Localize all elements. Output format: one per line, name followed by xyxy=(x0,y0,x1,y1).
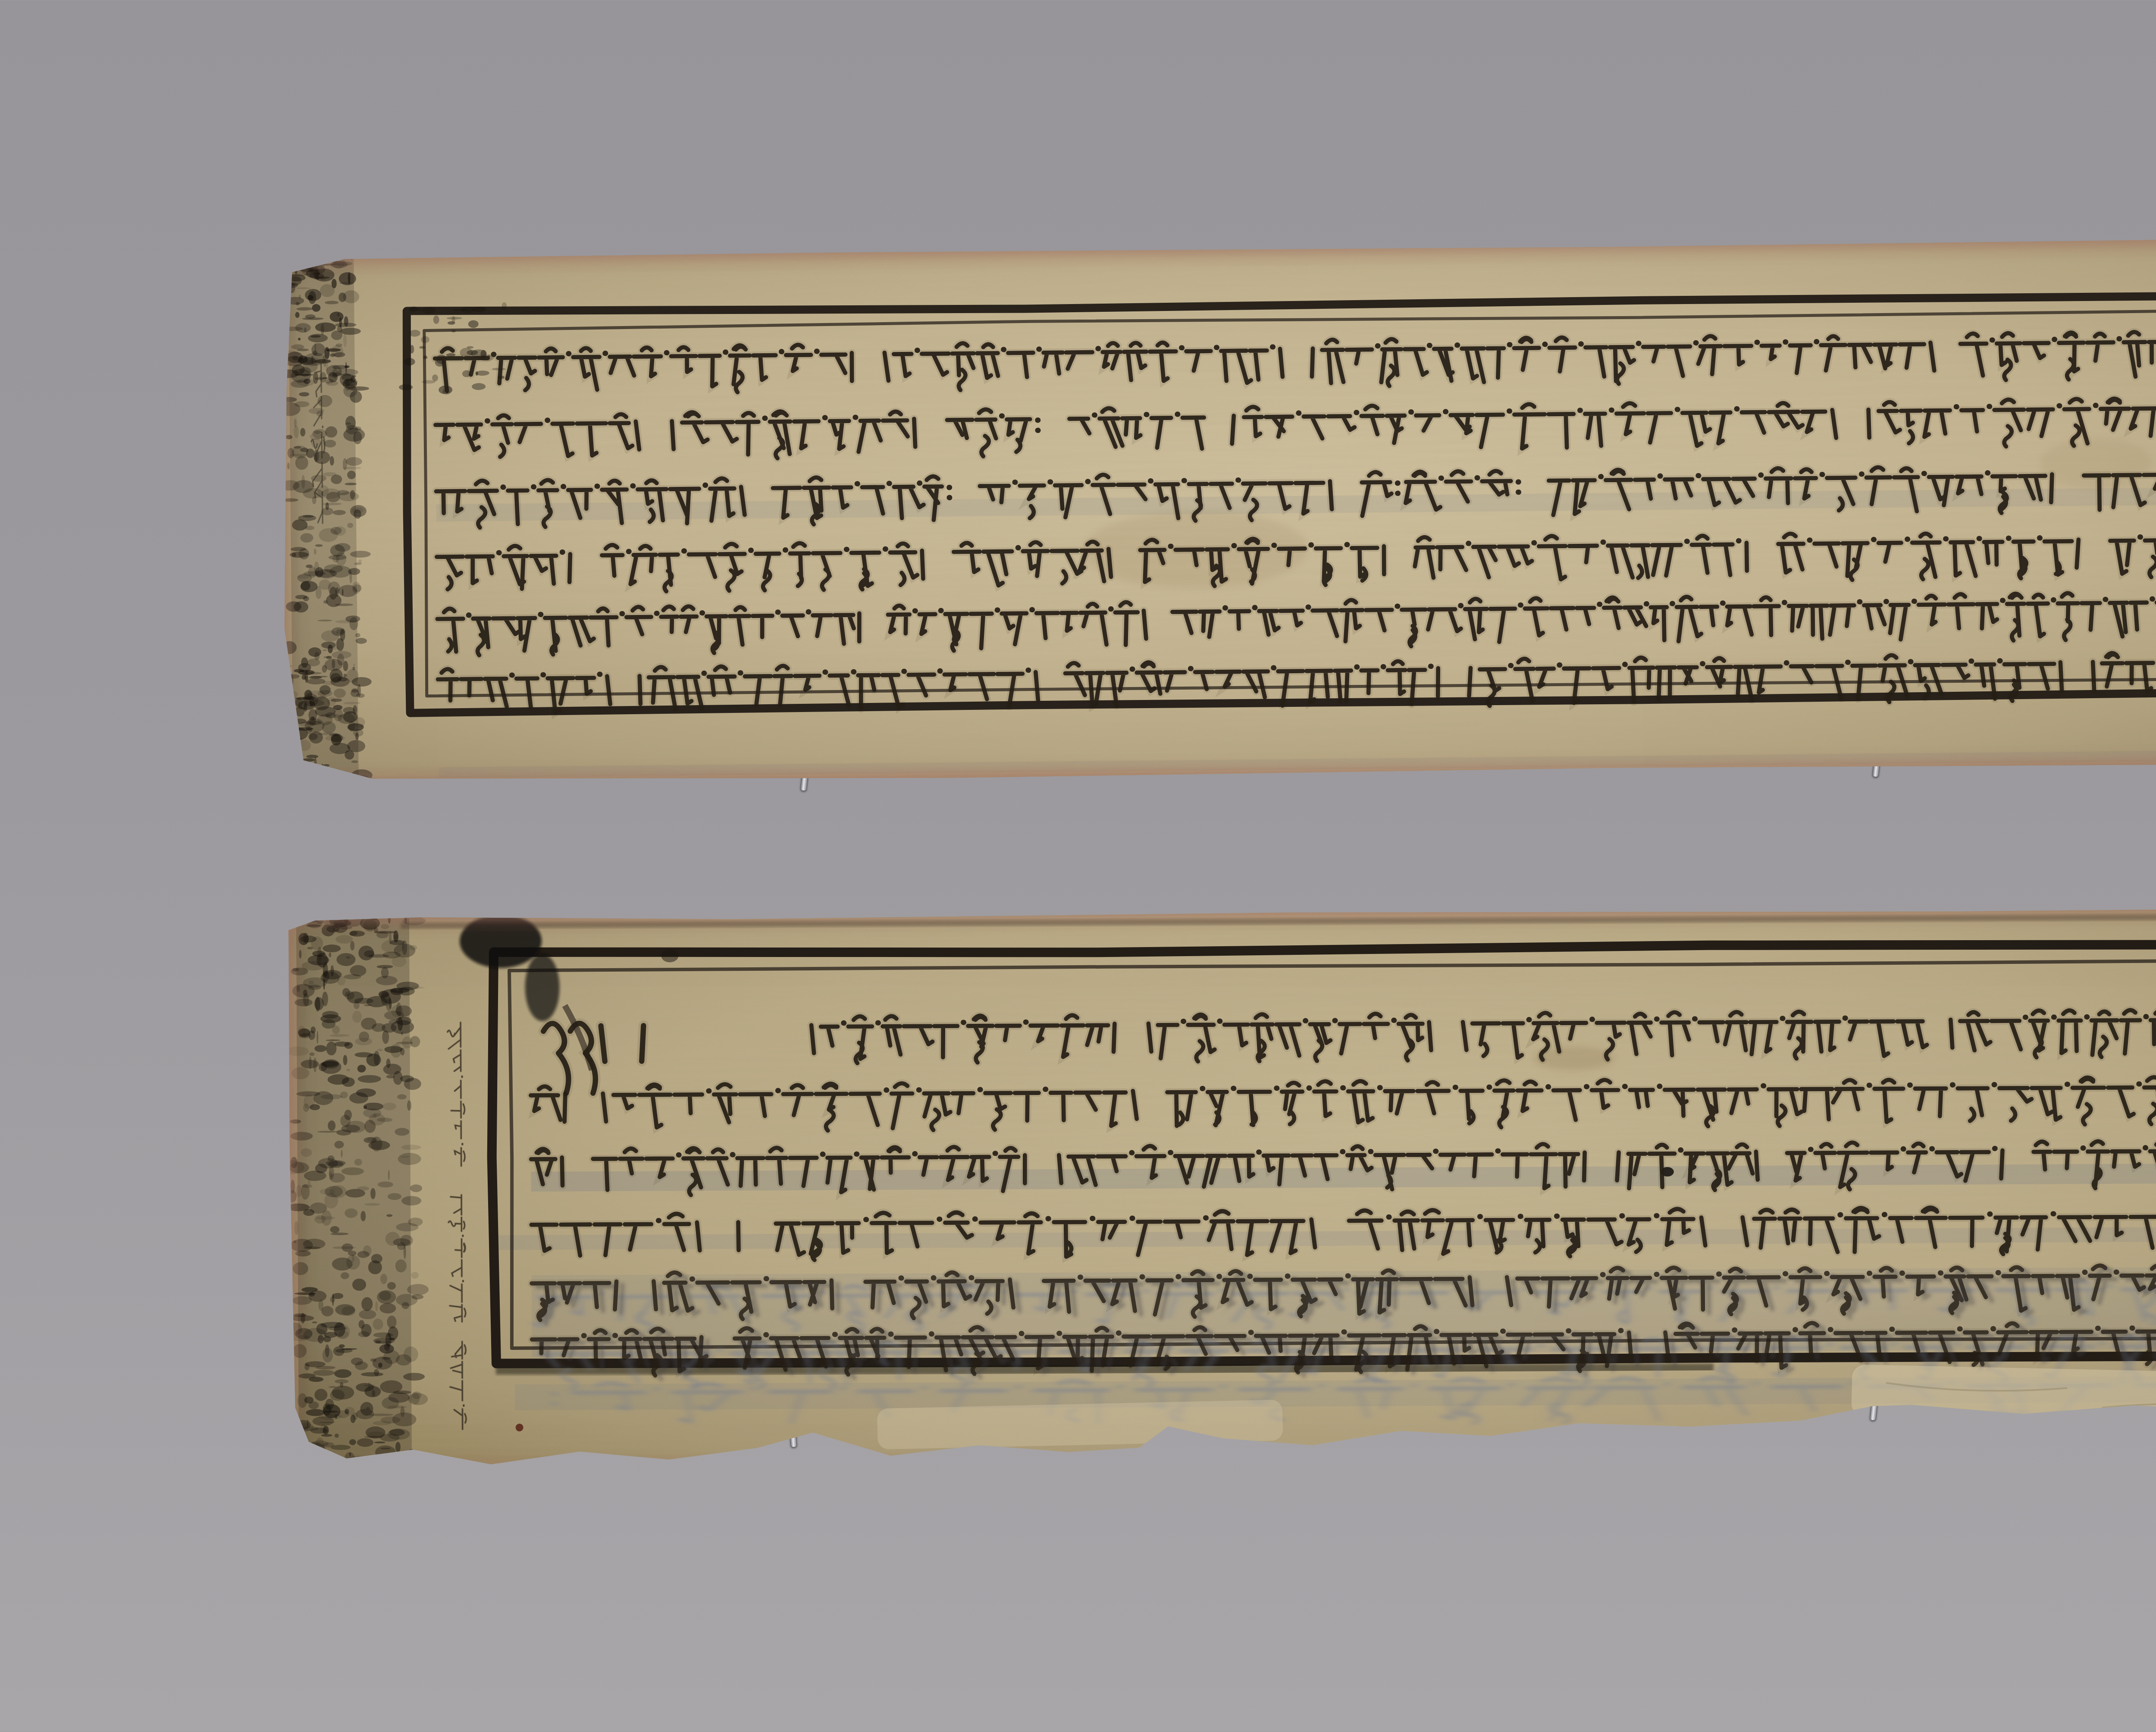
upper-folio-artwork xyxy=(279,235,2156,787)
upper-folio xyxy=(279,235,2156,787)
paper-grain-texture xyxy=(288,905,2156,1475)
lower-folio-artwork xyxy=(288,905,2156,1475)
lower-folio xyxy=(288,905,2156,1475)
museum-photograph: { "photo": { "background_top": "#97959a"… xyxy=(0,0,2156,1732)
paper-grain-texture xyxy=(279,235,2156,787)
